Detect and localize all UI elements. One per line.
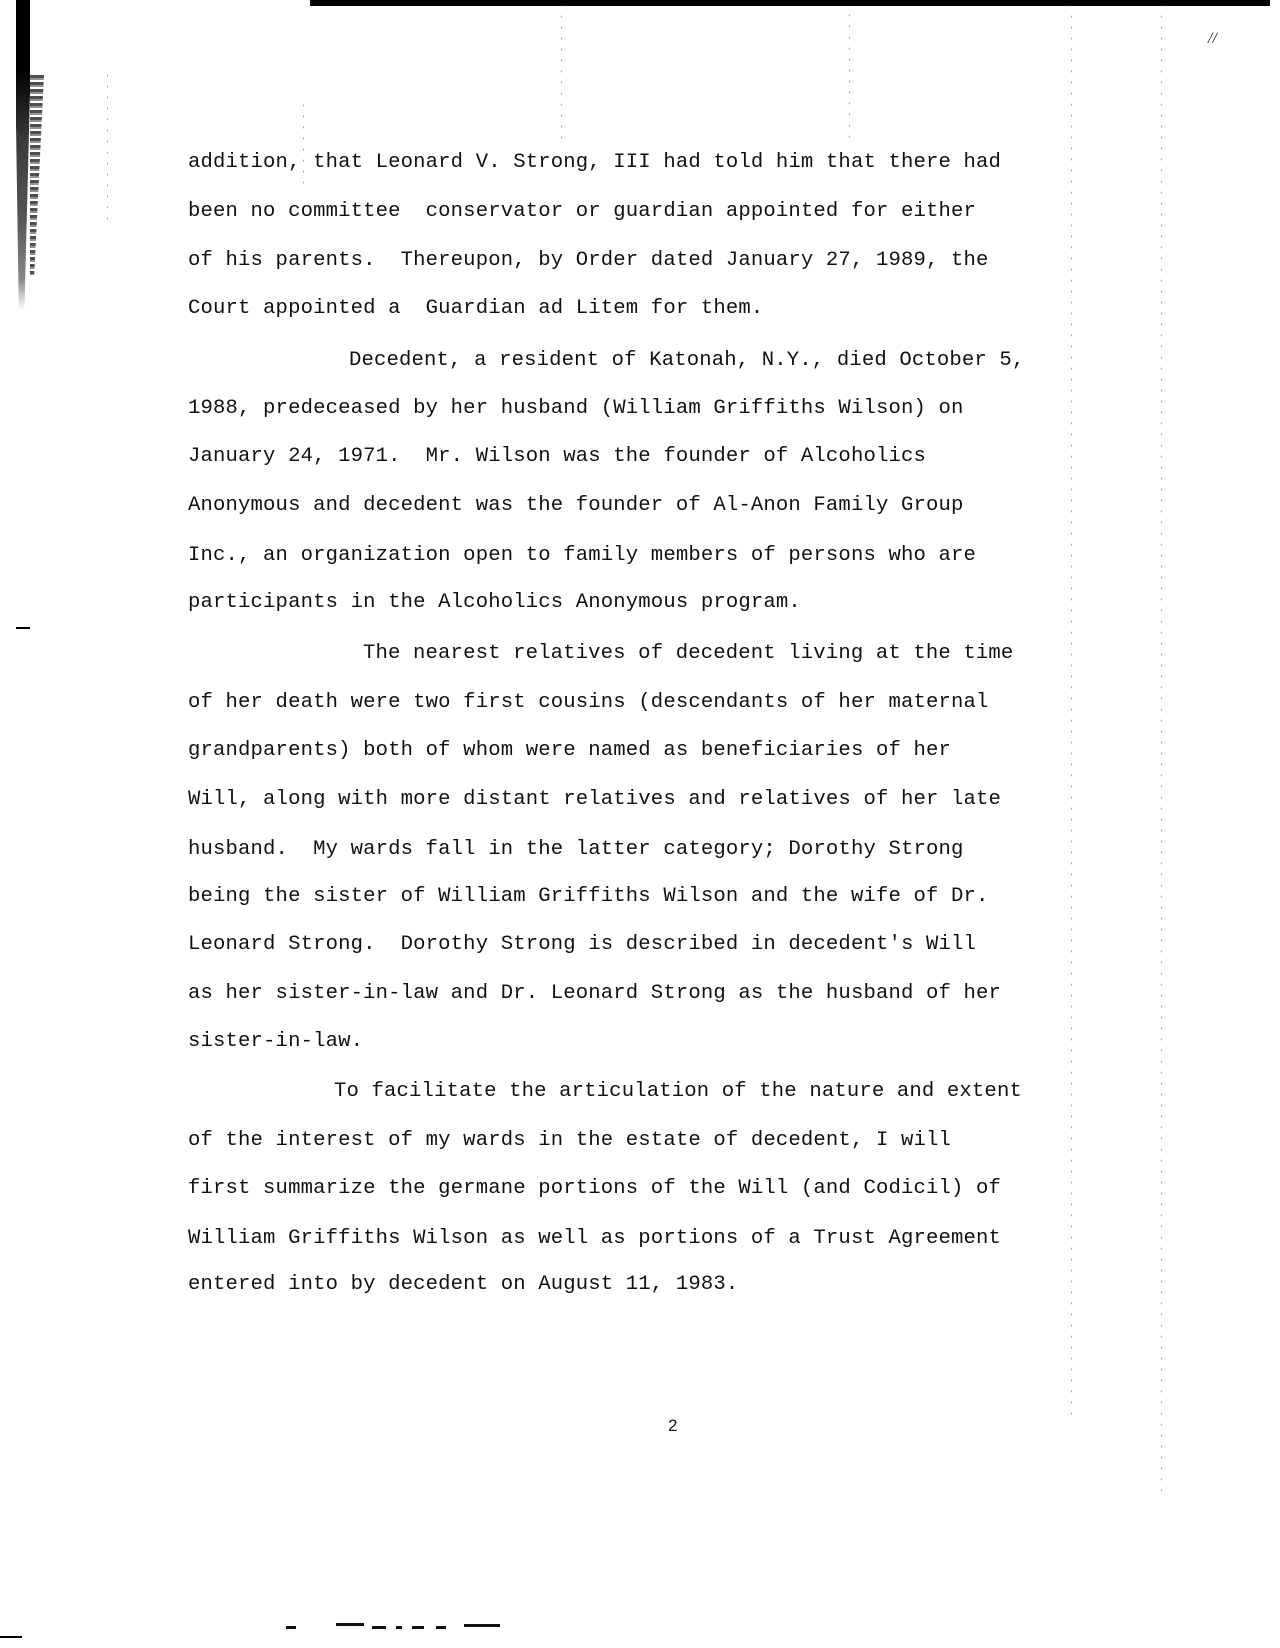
text-line: Leonard Strong. Dorothy Strong is descri… (188, 930, 976, 960)
text-line: first summarize the germane portions of … (188, 1174, 1001, 1204)
scan-speckle (848, 10, 850, 140)
text-line: of her death were two first cousins (des… (188, 688, 989, 718)
text-line: entered into by decedent on August 11, 1… (188, 1270, 738, 1300)
text-line: been no committee conservator or guardia… (188, 197, 976, 227)
text-line: 1988, predeceased by her husband (Willia… (188, 394, 964, 424)
text-line: addition, that Leonard V. Strong, III ha… (188, 148, 1001, 178)
text-line: sister-in-law. (188, 1027, 363, 1057)
scan-bottom-mark (0, 1636, 22, 1638)
text-line: January 24, 1971. Mr. Wilson was the fou… (188, 442, 926, 472)
text-line: Will, along with more distant relatives … (188, 785, 1001, 815)
text-line: grandparents) both of whom were named as… (188, 736, 951, 766)
text-line: The nearest relatives of decedent living… (363, 639, 1013, 669)
scan-margin-mark (16, 627, 30, 629)
text-line: husband. My wards fall in the latter cat… (188, 835, 964, 865)
text-line: Court appointed a Guardian ad Litem for … (188, 294, 763, 324)
text-line: Inc., an organization open to family mem… (188, 541, 976, 571)
text-line: participants in the Alcoholics Anonymous… (188, 588, 801, 618)
text-line: To facilitate the articulation of the na… (334, 1077, 1022, 1107)
scan-speckle (106, 70, 108, 220)
text-line: Anonymous and decedent was the founder o… (188, 491, 964, 521)
scan-speckle (560, 0, 562, 140)
scan-left-edge-noise (30, 75, 44, 275)
page-number: 2 (668, 1416, 677, 1436)
scan-speckle (1160, 0, 1162, 1500)
text-line: being the sister of William Griffiths Wi… (188, 882, 989, 912)
scan-left-edge-shadow (16, 0, 30, 310)
handwritten-mark: // (1208, 30, 1217, 48)
text-line: Decedent, a resident of Katonah, N.Y., d… (349, 346, 1024, 376)
text-line: of his parents. Thereupon, by Order date… (188, 246, 989, 276)
text-line: of the interest of my wards in the estat… (188, 1126, 951, 1156)
scan-top-border (310, 0, 1270, 6)
text-line: as her sister-in-law and Dr. Leonard Str… (188, 979, 1001, 1009)
scan-speckle (1070, 0, 1072, 1420)
text-line: William Griffiths Wilson as well as port… (188, 1224, 1001, 1254)
scan-footer-smudge (286, 1622, 506, 1632)
